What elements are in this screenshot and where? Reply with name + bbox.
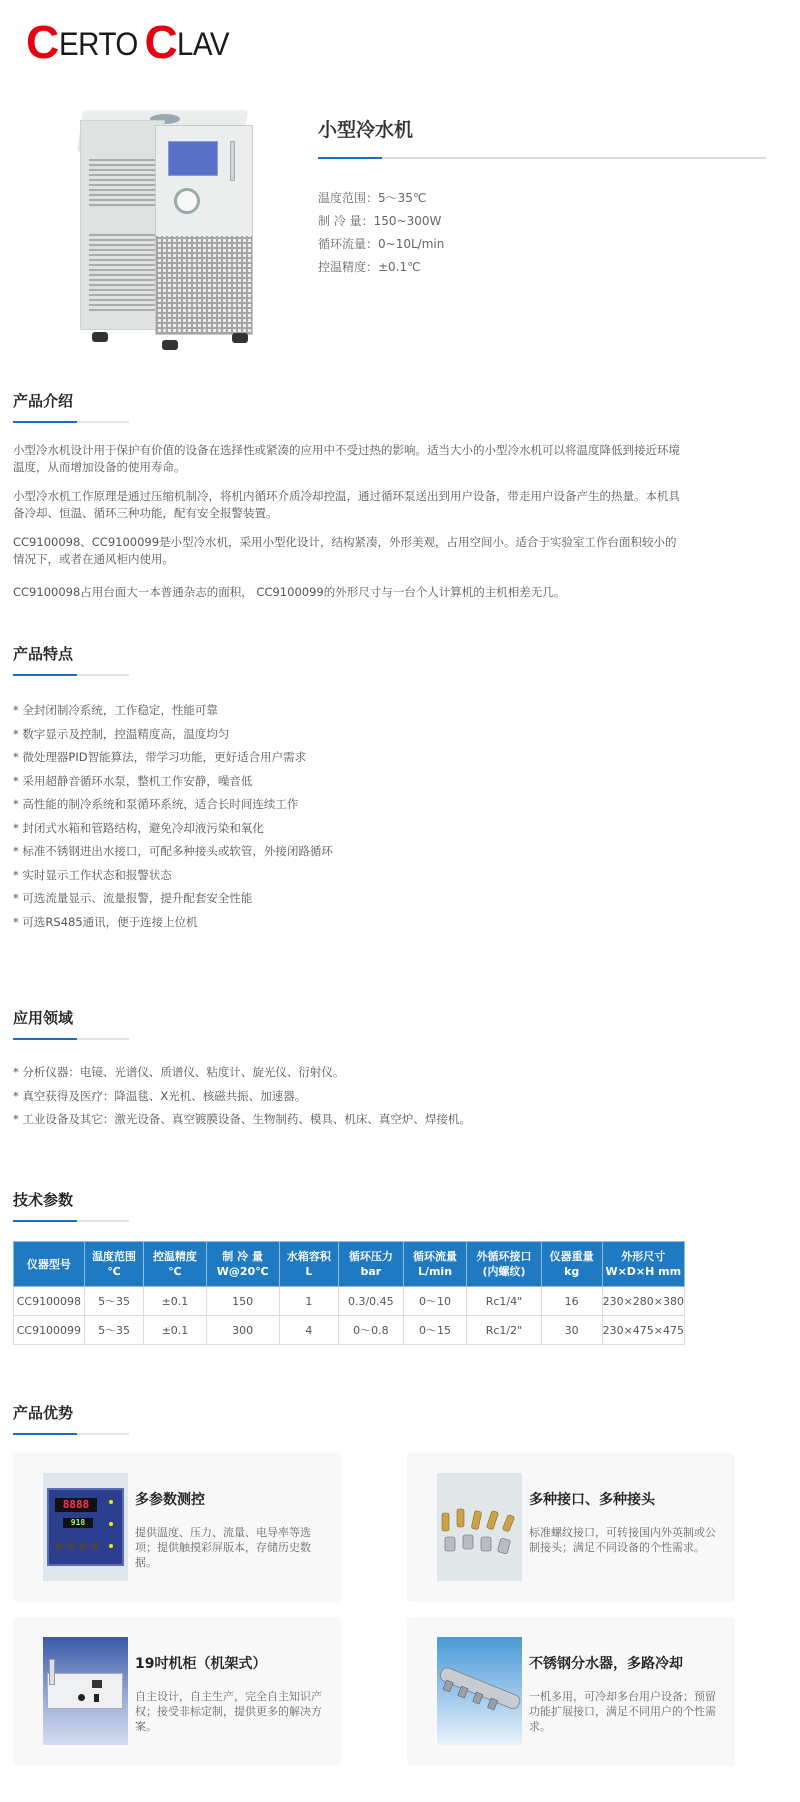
card-title: 多参数测控 <box>135 1489 205 1509</box>
pressure-gauge <box>174 188 200 214</box>
col-header-dimensions: 外形尺寸W×D×H mm <box>602 1242 684 1287</box>
cell-model: CC9100099 <box>14 1316 85 1345</box>
application-list: * 分析仪器：电镜、光谱仪、质谱仪、粘度计、旋光仪、衍射仪。 * 真空获得及医疗… <box>13 1061 471 1132</box>
chiller-foot <box>232 333 248 343</box>
spec-accuracy: 控温精度：±0.1℃ <box>318 256 776 279</box>
header-unit: (内螺纹) <box>482 1265 525 1278</box>
card-title: 19吋机柜（机架式） <box>135 1653 266 1673</box>
intro-paragraph: 小型冷水机设计用于保护有价值的设备在选择性或紧凑的应用中不受过热的影响。适当大小… <box>13 442 685 475</box>
advantage-card: 19吋机柜（机架式） 自主设计，自主生产，完全自主知识产权；接受非标定制，提供更… <box>13 1617 341 1766</box>
application-item: * 真空获得及医疗：降温毯、X光机、核磁共振、加速器。 <box>13 1085 471 1109</box>
header-label: 控温精度 <box>153 1250 197 1263</box>
header-unit: L <box>305 1265 312 1278</box>
chiller-front-panel <box>155 125 253 335</box>
header-unit: ℃ <box>107 1265 120 1278</box>
cell-cooling: 150 <box>206 1287 279 1316</box>
cell-flow: 0～15 <box>403 1316 466 1345</box>
section-title: 产品优势 <box>13 1402 129 1424</box>
feature-item: * 数字显示及控制，控温精度高，温度均匀 <box>13 723 333 747</box>
chiller-product-image <box>70 100 270 350</box>
header-label: 外形尺寸 <box>621 1250 665 1263</box>
feature-item: * 全封闭制冷系统，工作稳定，性能可靠 <box>13 699 333 723</box>
advantage-card: 8888 918 多参数测控 提供温度、压力、流量、电导率等选项；提供触摸彩屏版… <box>13 1453 341 1602</box>
application-item: * 工业设备及其它：激光设备、真空镀膜设备、生物制药、模具、机床、真空炉、焊接机… <box>13 1108 471 1132</box>
cell-tank: 1 <box>279 1287 338 1316</box>
section-title: 应用领域 <box>13 1007 129 1029</box>
spec-flow-rate: 循环流量：0~10L/min <box>318 233 776 256</box>
rack-unit-body <box>47 1673 123 1709</box>
cell-flow: 0～10 <box>403 1287 466 1316</box>
intro-paragraph: CC9100098占用台面大一本普通杂志的面积， CC9100099的外形尺寸与… <box>13 584 685 601</box>
feature-item: * 可选流量显示、流量报警，提升配套安全性能 <box>13 887 333 911</box>
header-unit: W×D×H mm <box>605 1265 681 1278</box>
cell-cooling: 300 <box>206 1316 279 1345</box>
card-text: 提供温度、压力、流量、电导率等选项；提供触摸彩屏版本，存储历史数据。 <box>135 1525 325 1570</box>
status-led <box>109 1544 113 1548</box>
intro-paragraph: 小型冷水机工作原理是通过压缩机制冷，将机内循环介质冷却控温，通过循环泵送出到用户… <box>13 488 685 521</box>
col-header-weight: 仪器重量kg <box>541 1242 602 1287</box>
side-vent <box>89 156 155 206</box>
section-title: 产品特点 <box>13 643 129 665</box>
section-title: 产品介绍 <box>13 390 129 412</box>
col-header-port: 外循环接口(内螺纹) <box>467 1242 542 1287</box>
section-divider <box>13 1433 129 1435</box>
controller-button <box>91 1542 99 1550</box>
col-header-accuracy: 控温精度℃ <box>144 1242 206 1287</box>
section-divider <box>13 1038 129 1040</box>
controller-display-red: 8888 <box>55 1498 97 1512</box>
cell-port: Rc1/4" <box>467 1287 542 1316</box>
feature-item: * 微处理器PID智能算法，带学习功能，更好适合用户需求 <box>13 746 333 770</box>
side-vent <box>89 231 155 311</box>
col-header-cooling: 制 冷 量W@20℃ <box>206 1242 279 1287</box>
table-row: CC9100098 5～35 ±0.1 150 1 0.3/0.45 0～10 … <box>14 1287 685 1316</box>
header-label: 循环压力 <box>349 1250 393 1263</box>
tech-spec-table: 仪器型号 温度范围℃ 控温精度℃ 制 冷 量W@20℃ 水箱容积L 循环压力ba… <box>13 1241 685 1345</box>
cell-pressure: 0.3/0.45 <box>338 1287 403 1316</box>
rack-unit-display <box>92 1680 102 1688</box>
application-item: * 分析仪器：电镜、光谱仪、质谱仪、粘度计、旋光仪、衍射仪。 <box>13 1061 471 1085</box>
front-grill <box>156 236 252 334</box>
rack-unit-flowmeter <box>49 1659 55 1685</box>
feature-list: * 全封闭制冷系统，工作稳定，性能可靠 * 数字显示及控制，控温精度高，温度均匀… <box>13 699 333 934</box>
cell-accuracy: ±0.1 <box>144 1287 206 1316</box>
section-divider <box>13 421 129 423</box>
header-unit: kg <box>564 1265 579 1278</box>
cell-pressure: 0～0.8 <box>338 1316 403 1345</box>
header-label: 循环流量 <box>413 1250 457 1263</box>
header-unit: ℃ <box>168 1265 181 1278</box>
spec-cooling-capacity: 制 冷 量：150~300W <box>318 210 776 233</box>
cell-weight: 30 <box>541 1316 602 1345</box>
rack-unit-port <box>78 1694 85 1701</box>
status-led <box>109 1500 113 1504</box>
section-heading-intro: 产品介绍 <box>13 390 129 423</box>
cell-weight: 16 <box>541 1287 602 1316</box>
section-heading-advantages: 产品优势 <box>13 1402 129 1435</box>
feature-item: * 实时显示工作状态和报警状态 <box>13 864 333 888</box>
cell-dimensions: 230×475×475 <box>602 1316 684 1345</box>
level-tube <box>230 141 235 181</box>
cell-dimensions: 230×280×380 <box>602 1287 684 1316</box>
controller-panel-body: 8888 918 <box>47 1488 124 1566</box>
logo-letter-c: C <box>26 22 59 62</box>
logo-text-lav: LAV <box>177 28 229 60</box>
chiller-side <box>80 120 165 330</box>
cell-port: Rc1/2" <box>467 1316 542 1345</box>
feature-item: * 标准不锈钢进出水接口，可配多种接头或软管，外接闭路循环 <box>13 840 333 864</box>
feature-item: * 采用超静音循环水泵，整机工作安静，噪音低 <box>13 770 333 794</box>
header-label: 水箱容积 <box>287 1250 331 1263</box>
manifold-image <box>437 1637 522 1745</box>
controller-button <box>55 1542 63 1550</box>
controller-display-green: 918 <box>63 1518 93 1528</box>
feature-item: * 可选RS485通讯，便于连接上位机 <box>13 911 333 935</box>
header-unit: bar <box>360 1265 381 1278</box>
logo-letter-c: C <box>144 22 177 62</box>
control-display <box>168 141 218 176</box>
section-divider <box>13 674 129 676</box>
rack-unit-image <box>43 1637 128 1745</box>
header-unit: W@20℃ <box>217 1265 269 1278</box>
manifold-illustration <box>437 1637 522 1745</box>
table-row: CC9100099 5～35 ±0.1 300 4 0～0.8 0～15 Rc1… <box>14 1316 685 1345</box>
title-divider <box>318 157 766 159</box>
card-text: 自主设计，自主生产，完全自主知识产权；接受非标定制，提供更多的解决方案。 <box>135 1689 325 1734</box>
product-summary: 小型冷水机 温度范围：5～35℃ 制 冷 量：150~300W 循环流量：0~1… <box>318 112 776 279</box>
advantage-card: 不锈钢分水器，多路冷却 一机多用，可冷却多台用户设备；预留功能扩展接口，满足不同… <box>407 1617 735 1766</box>
card-text: 一机多用，可冷却多台用户设备；预留功能扩展接口，满足不同用户的个性需求。 <box>529 1689 719 1734</box>
col-header-tank: 水箱容积L <box>279 1242 338 1287</box>
controller-panel-image: 8888 918 <box>43 1473 128 1581</box>
cell-accuracy: ±0.1 <box>144 1316 206 1345</box>
header-label: 仪器型号 <box>27 1258 71 1271</box>
product-title: 小型冷水机 <box>318 112 776 152</box>
section-title: 技术参数 <box>13 1189 129 1211</box>
feature-item: * 封闭式水箱和管路结构，避免冷却液污染和氧化 <box>13 817 333 841</box>
logo-text-erto: ERTO <box>59 28 138 60</box>
section-heading-applications: 应用领域 <box>13 1007 129 1040</box>
card-title: 不锈钢分水器，多路冷却 <box>529 1653 683 1673</box>
controller-button <box>79 1542 87 1550</box>
spec-temperature-range: 温度范围：5～35℃ <box>318 187 776 210</box>
cell-tank: 4 <box>279 1316 338 1345</box>
header-label: 温度范围 <box>92 1250 136 1263</box>
certoclav-logo[interactable]: CERTOCLAV <box>26 22 234 62</box>
cell-model: CC9100098 <box>14 1287 85 1316</box>
cell-temp-range: 5～35 <box>84 1287 144 1316</box>
chiller-foot <box>162 340 178 350</box>
intro-paragraph: CC9100098、CC9100099是小型冷水机，采用小型化设计，结构紧凑，外… <box>13 534 685 567</box>
header-label: 制 冷 量 <box>222 1250 263 1263</box>
header-unit: L/min <box>418 1265 452 1278</box>
advantage-card: 多种接口、多种接头 标准螺纹接口，可转接国内外英制或公制接头；满足不同设备的个性… <box>407 1453 735 1602</box>
status-led <box>109 1522 113 1526</box>
controller-button <box>67 1542 75 1550</box>
col-header-flow: 循环流量L/min <box>403 1242 466 1287</box>
fittings-image <box>437 1473 522 1581</box>
header-label: 仪器重量 <box>550 1250 594 1263</box>
table-header-row: 仪器型号 温度范围℃ 控温精度℃ 制 冷 量W@20℃ 水箱容积L 循环压力ba… <box>14 1242 685 1287</box>
chiller-foot <box>92 332 108 342</box>
header-label: 外循环接口 <box>476 1250 531 1263</box>
card-text: 标准螺纹接口，可转接国内外英制或公制接头；满足不同设备的个性需求。 <box>529 1525 719 1555</box>
section-divider <box>13 1220 129 1222</box>
col-header-pressure: 循环压力bar <box>338 1242 403 1287</box>
section-heading-tech: 技术参数 <box>13 1189 129 1222</box>
fittings-illustration <box>437 1473 522 1581</box>
cell-temp-range: 5～35 <box>84 1316 144 1345</box>
section-heading-features: 产品特点 <box>13 643 129 676</box>
card-title: 多种接口、多种接头 <box>529 1489 655 1509</box>
col-header-temp-range: 温度范围℃ <box>84 1242 144 1287</box>
feature-item: * 高性能的制冷系统和泵循环系统，适合长时间连续工作 <box>13 793 333 817</box>
summary-spec-list: 温度范围：5～35℃ 制 冷 量：150~300W 循环流量：0~10L/min… <box>318 187 776 279</box>
rack-unit-switch <box>94 1694 99 1702</box>
col-header-model: 仪器型号 <box>14 1242 85 1287</box>
